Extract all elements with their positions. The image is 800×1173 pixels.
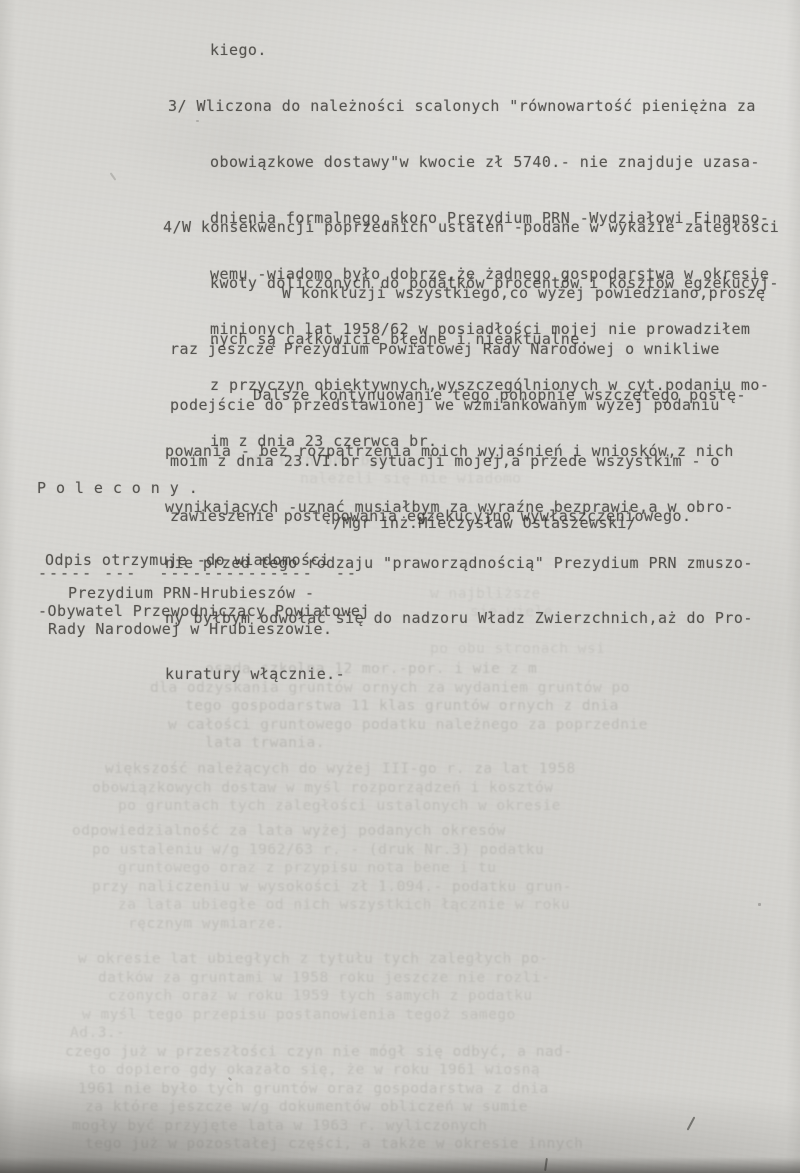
paper-speck: [196, 120, 199, 122]
ghost-line: tego już w pozostałej części, a także w …: [85, 1135, 583, 1153]
ghost-line: przy naliczeniu w wysokości zł 1.094.- p…: [92, 878, 572, 896]
paper-speck: [544, 1158, 548, 1171]
distribution-underline: ----- --- -------------- --: [38, 564, 358, 583]
ghost-line: lata trwania.: [205, 734, 325, 752]
ghost-line: ręcznym wymiarze.: [128, 915, 285, 933]
body-line: powania - bez rozpatrzenia moich wyjaśni…: [165, 442, 753, 461]
ghost-line: Ad.3.-: [70, 1024, 125, 1042]
ghost-line: czonych oraz w roku 1959 tych samych z p…: [108, 987, 533, 1005]
ghost-line: datków za gruntami w 1958 roku jeszcze n…: [98, 969, 550, 987]
signature-line: /Mgr inż.Mieczysław Ostaszewski/: [333, 514, 636, 533]
body-line: W konkluzji wszystkiego,co wyżej powiedz…: [170, 284, 766, 303]
ghost-line: w okresie lat ubiegłych z tytułu tych za…: [78, 950, 549, 968]
ghost-line: za które jeszcze w/g dokumentów obliczeń…: [85, 1098, 528, 1116]
ghost-line: za lata ubiegłe od nich wszystkich łączn…: [118, 896, 570, 914]
ghost-line: w myśl tego przepisu postanowienia tegoż…: [82, 1006, 516, 1024]
ghost-line: gruntowego oraz z przypisu nota bene i t…: [118, 859, 496, 877]
ghost-line: 1961 nie było tych gruntów oraz gospodar…: [78, 1080, 549, 1098]
ghost-line: po gruntach tych zaległości ustalonych w…: [118, 797, 561, 815]
paper-speck: [758, 903, 761, 906]
continuation-line: kiego.: [210, 41, 267, 60]
ghost-line: to dopiero gdy okazało się, że w roku 19…: [88, 1061, 540, 1079]
paper-speck: [110, 172, 117, 181]
ghost-line: czego już w przeszłości czyn nie mógł si…: [65, 1043, 573, 1061]
registered-mail-label: P o l e c o n y .: [37, 479, 198, 498]
body-line: kuratury włącznie.-: [165, 665, 753, 684]
body-line: 4/W konsekwencji poprzednich ustaleń -po…: [163, 218, 779, 237]
ghost-line: mogły być przyjęte lata w 1963 r. wylicz…: [72, 1117, 487, 1135]
ghost-line: odpowiedzialność za lata wyżej podanych …: [72, 822, 506, 840]
distribution-recipient: -Obywatel Przewodniczący Powiatowej: [38, 602, 370, 621]
body-line: Dalsze kontynuowanie tego pohopnie wszcz…: [165, 386, 753, 405]
ghost-line: obowiązkowych dostaw w myśl rozporządzeń…: [92, 779, 554, 797]
paper-speck: [687, 1116, 696, 1130]
warning-paragraph: Dalsze kontynuowanie tego pohopnie wszcz…: [165, 349, 753, 721]
distribution-recipient: Prezydium PRN-Hrubieszów -: [68, 584, 315, 603]
body-line: obowiązkowe dostawy"w kwocie zł 5740.- n…: [168, 153, 769, 172]
distribution-recipient: Rady Narodowej w Hrubieszowie.: [48, 620, 332, 639]
ghost-line: po ustaleniu w/g 1962/63 r. - (druk Nr.3…: [92, 841, 544, 859]
ghost-line: większość należących do wyżej III-go r. …: [105, 760, 576, 778]
body-line: 3/ Wliczona do należności scalonych "rów…: [168, 97, 769, 116]
document-page: do tych dni byłonależeli się nie wiadomo…: [0, 0, 800, 1173]
paper-speck: [228, 1077, 232, 1081]
